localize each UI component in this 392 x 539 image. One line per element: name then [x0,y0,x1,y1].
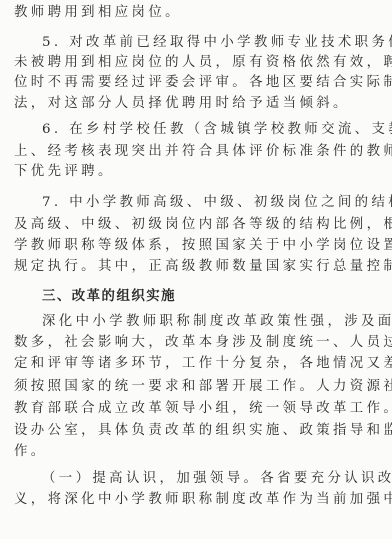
text-line: 未被聘用到相应岗位的人员，原有资格依然有效，聘用到相应岗 [14,55,378,71]
text-line: 规定执行。其中，正高级教师数量国家实行总量控制。 [14,259,378,275]
text-line: 数多，社会影响大，改革本身涉及制度统一、人员过渡、标准制 [14,335,378,351]
text-line: 教育部联合成立改革领导小组，统一领导改革工作。领导小组下 [14,401,378,417]
text-line: 设办公室，具体负责改革的组织实施、政策指导和监督检查等工 [14,423,378,439]
text-line: 作。 [14,444,378,460]
text-line: 义，将深化中小学教师职称制度改革作为当前加强中小学教师队 [14,492,378,508]
text-line: 学教师职称等级体系，按照国家关于中小学岗位设置管理的有关 [14,238,378,254]
text-line: 7. 中小学教师高级、中级、初级岗位之间的结构比例，以 [42,195,378,211]
text-line: 须按照国家的统一要求和部署开展工作。人力资源社会保障部、 [14,379,378,395]
text-line: 及高级、中级、初级岗位内部各等级的结构比例，根据新的中小 [14,217,378,233]
section-heading: 三、改革的组织实施 [42,289,378,305]
text-line: 6. 在乡村学校任教（含城镇学校教师交流、支教）3 年以 [42,122,378,138]
text-line: 法，对这部分人员择优聘用时给予适当倾斜。 [14,96,378,112]
text-line: 下优先评聘。 [14,164,378,180]
text-line: 位时不再需要经过评委会评审。各地区要结合实际制定具体办 [14,75,378,91]
document-page: 教师聘用到相应岗位。5. 对改革前已经取得中小学教师专业技术职务任职资格但未被聘… [0,0,392,539]
text-line: 定和评审等诸多环节，工作十分复杂，各地情况又差别很大，必 [14,356,378,372]
text-line: （一）提高认识，加强领导。各省要充分认识改革的重大意 [42,471,378,487]
text-line: 深化中小学教师职称制度改革政策性强，涉及面广，涉及人 [42,314,378,330]
text-line: 上、经考核表现突出并符合具体评价标准条件的教师，同等条件 [14,144,378,160]
text-line: 5. 对改革前已经取得中小学教师专业技术职务任职资格但 [42,35,378,51]
text-line: 教师聘用到相应岗位。 [14,5,378,21]
